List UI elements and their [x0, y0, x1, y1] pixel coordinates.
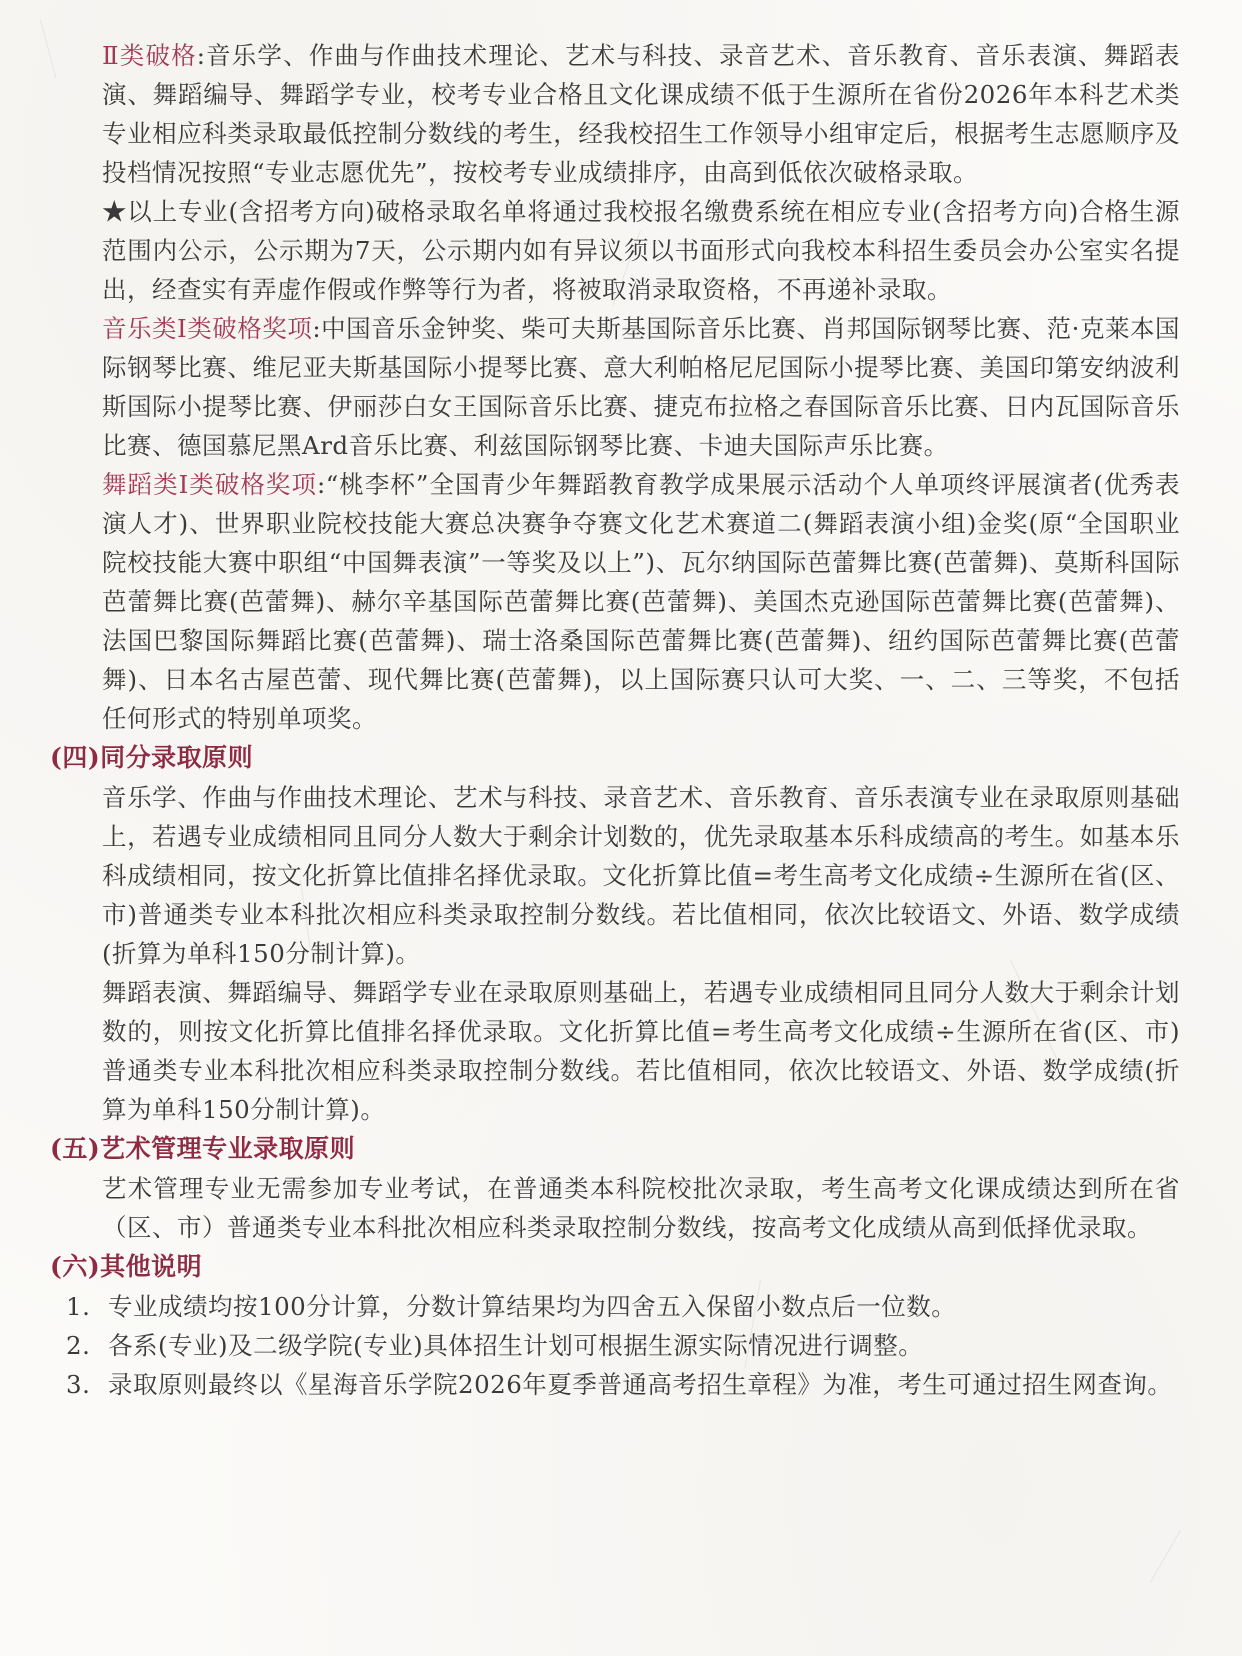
list-text: 各系(专业)及二级学院(专业)具体招生计划可根据生源实际情况进行调整。 [108, 1326, 1180, 1365]
paper-fiber [1150, 1530, 1181, 1582]
list-number: 1. [66, 1287, 108, 1326]
section6-list: 1. 专业成绩均按100分计算，分数计算结果均为四舍五入保留小数点后一位数。 2… [50, 1287, 1180, 1404]
document-body: Ⅱ类破格:音乐学、作曲与作曲技术理论、艺术与科技、录音艺术、音乐教育、音乐表演、… [50, 36, 1180, 1404]
list-number: 2. [66, 1326, 108, 1365]
section5-heading: (五)艺术管理专业录取原则 [50, 1129, 1180, 1169]
list-number: 3. [66, 1365, 108, 1404]
music-awards-paragraph: 音乐类Ⅰ类破格奖项:中国音乐金钟奖、柴可夫斯基国际音乐比赛、肖邦国际钢琴比赛、范… [50, 309, 1180, 465]
dance-awards-text: :“桃李杯”全国青少年舞蹈教育教学成果展示活动个人单项终评展演者(优秀表演人才)… [102, 470, 1180, 733]
section4-paragraph-music: 音乐学、作曲与作曲技术理论、艺术与科技、录音艺术、音乐教育、音乐表演专业在录取原… [50, 778, 1180, 973]
dance-awards-label: 舞蹈类Ⅰ类破格奖项 [102, 470, 317, 499]
section6-heading: (六)其他说明 [50, 1247, 1180, 1287]
breakthrough-class2-label: Ⅱ类破格 [102, 41, 197, 70]
breakthrough-class2-text: :音乐学、作曲与作曲技术理论、艺术与科技、录音艺术、音乐教育、音乐表演、舞蹈表演… [102, 41, 1180, 187]
list-text: 录取原则最终以《星海音乐学院2026年夏季普通高考招生章程》为准，考生可通过招生… [108, 1365, 1180, 1404]
section4-heading: (四)同分录取原则 [50, 738, 1180, 778]
list-item: 2. 各系(专业)及二级学院(专业)具体招生计划可根据生源实际情况进行调整。 [50, 1326, 1180, 1365]
notice-paragraph: ★以上专业(含招考方向)破格录取名单将通过我校报名缴费系统在相应专业(含招考方向… [50, 192, 1180, 309]
section4-paragraph-dance: 舞蹈表演、舞蹈编导、舞蹈学专业在录取原则基础上，若遇专业成绩相同且同分人数大于剩… [50, 973, 1180, 1129]
list-text: 专业成绩均按100分计算，分数计算结果均为四舍五入保留小数点后一位数。 [108, 1287, 1180, 1326]
section5-paragraph: 艺术管理专业无需参加专业考试，在普通类本科院校批次录取，考生高考文化课成绩达到所… [50, 1169, 1180, 1247]
dance-awards-paragraph: 舞蹈类Ⅰ类破格奖项:“桃李杯”全国青少年舞蹈教育教学成果展示活动个人单项终评展演… [50, 465, 1180, 738]
list-item: 1. 专业成绩均按100分计算，分数计算结果均为四舍五入保留小数点后一位数。 [50, 1287, 1180, 1326]
breakthrough-class2-paragraph: Ⅱ类破格:音乐学、作曲与作曲技术理论、艺术与科技、录音艺术、音乐教育、音乐表演、… [50, 36, 1180, 192]
music-awards-label: 音乐类Ⅰ类破格奖项 [102, 314, 312, 343]
list-item: 3. 录取原则最终以《星海音乐学院2026年夏季普通高考招生章程》为准，考生可通… [50, 1365, 1180, 1404]
